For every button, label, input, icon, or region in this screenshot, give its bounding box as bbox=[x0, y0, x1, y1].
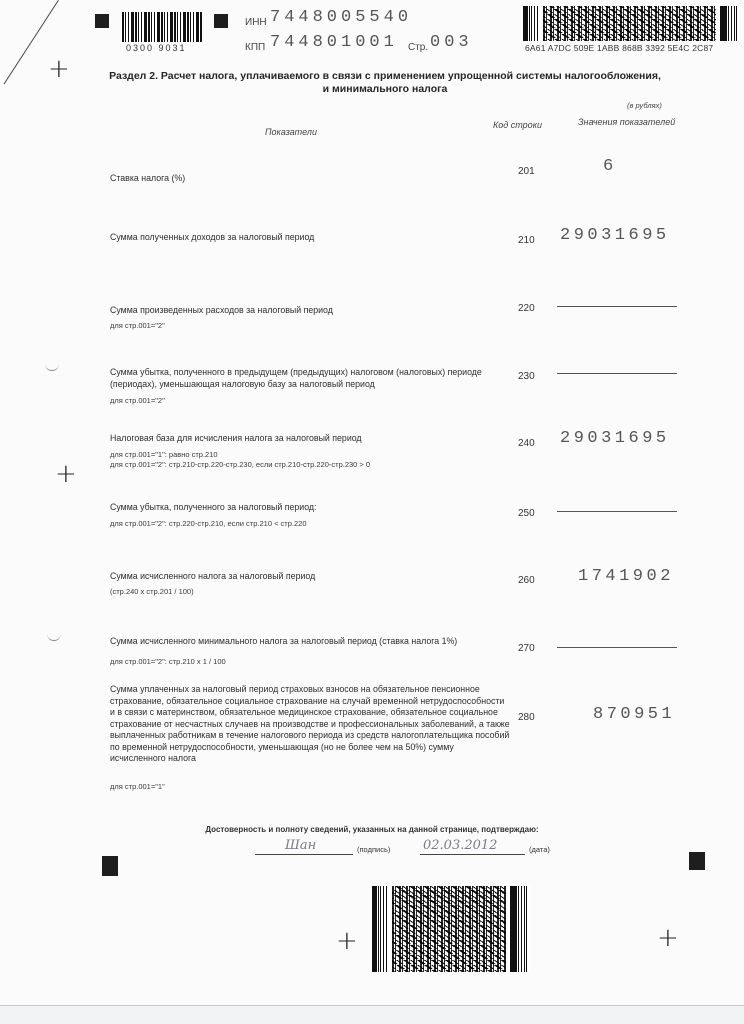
row-code: 201 bbox=[518, 166, 535, 177]
section-title-line2: и минимального налога bbox=[60, 83, 710, 96]
date-caption: (дата) bbox=[529, 845, 550, 854]
row-condition: для стр.001="2" bbox=[110, 396, 520, 406]
scan-background bbox=[0, 1006, 744, 1024]
row-label: Налоговая база для исчисления налога за … bbox=[110, 433, 520, 445]
punch-hole-mark bbox=[45, 362, 59, 371]
alignment-marker-square bbox=[689, 852, 705, 870]
kpp-label: КПП bbox=[245, 42, 265, 53]
column-header-values: Значения показателей bbox=[578, 117, 675, 127]
row-empty-value[interactable] bbox=[557, 511, 677, 512]
date-line[interactable] bbox=[420, 854, 525, 855]
row-condition: для стр.001="2": стр.220-стр.210, если с… bbox=[110, 519, 520, 529]
row-value[interactable]: 29031695 bbox=[560, 429, 670, 448]
registration-cross-icon: + bbox=[336, 928, 358, 954]
row-code: 280 bbox=[518, 712, 535, 723]
row-label: Сумма произведенных расходов за налоговы… bbox=[110, 305, 520, 317]
row-code: 240 bbox=[518, 438, 535, 449]
row-code: 260 bbox=[518, 575, 535, 586]
punch-hole-mark bbox=[47, 632, 61, 641]
row-code: 270 bbox=[518, 643, 535, 654]
registration-cross-icon: + bbox=[55, 461, 77, 487]
row-label: Сумма убытка, полученного за налоговый п… bbox=[110, 502, 520, 514]
units-note: (в рублях) bbox=[627, 101, 662, 110]
signature-caption: (подпись) bbox=[357, 845, 390, 854]
inn-value: 7448005540 bbox=[270, 8, 412, 27]
confirmation-statement: Достоверность и полноту сведений, указан… bbox=[0, 825, 744, 834]
row-value[interactable]: 29031695 bbox=[560, 226, 670, 245]
form-barcode bbox=[122, 12, 202, 42]
column-header-line-code: Код строки bbox=[493, 120, 542, 130]
row-label: Ставка налога (%) bbox=[110, 173, 520, 185]
row-empty-value[interactable] bbox=[557, 647, 677, 648]
form-barcode-number: 0300 9031 bbox=[126, 43, 187, 53]
row-empty-value[interactable] bbox=[557, 306, 677, 307]
row-code: 230 bbox=[518, 371, 535, 382]
row-code: 220 bbox=[518, 303, 535, 314]
alignment-marker-square bbox=[214, 14, 228, 28]
row-value[interactable]: 870951 bbox=[593, 705, 675, 724]
section-title-line1: Раздел 2. Расчет налога, уплачиваемого в… bbox=[60, 70, 710, 83]
row-label: Сумма убытка, полученного в предыдущем (… bbox=[110, 367, 520, 390]
signature-line[interactable] bbox=[255, 854, 353, 855]
row-code: 210 bbox=[518, 235, 535, 246]
row-code: 250 bbox=[518, 508, 535, 519]
row-empty-value[interactable] bbox=[557, 373, 677, 374]
row-label: Сумма исчисленного налога за налоговый п… bbox=[110, 571, 520, 583]
row-value[interactable]: 6 bbox=[603, 157, 617, 176]
signature-handwritten: Шан bbox=[285, 838, 316, 853]
row-condition: для стр.001="2": стр.210 х 1 / 100 bbox=[110, 657, 520, 667]
row-label: Сумма уплаченных за налоговый период стр… bbox=[110, 684, 510, 765]
column-header-indicators: Показатели bbox=[265, 127, 317, 137]
row-value[interactable]: 1741902 bbox=[578, 567, 674, 586]
kpp-value: 744801001 bbox=[270, 33, 398, 52]
row-label: Сумма полученных доходов за налоговый пе… bbox=[110, 232, 520, 244]
page-number: 003 bbox=[430, 33, 473, 52]
document-hash-code: 6A61 A7DC 509E 1ABB 868B 3392 5E4C 2C87 bbox=[525, 43, 713, 53]
pdf417-barcode-bottom bbox=[372, 886, 530, 972]
registration-cross-icon: + bbox=[657, 925, 679, 951]
row-condition: для стр.001="2" bbox=[110, 321, 520, 331]
page-label: Стр. bbox=[408, 42, 428, 53]
section-title: Раздел 2. Расчет налога, уплачиваемого в… bbox=[60, 70, 710, 96]
row-condition: для стр.001="1" bbox=[110, 782, 520, 792]
inn-label: ИНН bbox=[245, 17, 267, 28]
pdf417-barcode-top bbox=[523, 6, 740, 41]
row-condition: (стр.240 х стр.201 / 100) bbox=[110, 587, 520, 597]
row-label: Сумма исчисленного минимального налога з… bbox=[110, 636, 520, 648]
alignment-marker-square bbox=[95, 14, 109, 28]
alignment-marker-square bbox=[102, 856, 118, 876]
tax-form-page: + 0300 9031 ИНН 7448005540 КПП 744801001… bbox=[0, 0, 744, 1006]
row-condition: для стр.001="1": равно стр.210 для стр.0… bbox=[110, 450, 520, 469]
date-handwritten: 02.03.2012 bbox=[423, 838, 497, 853]
